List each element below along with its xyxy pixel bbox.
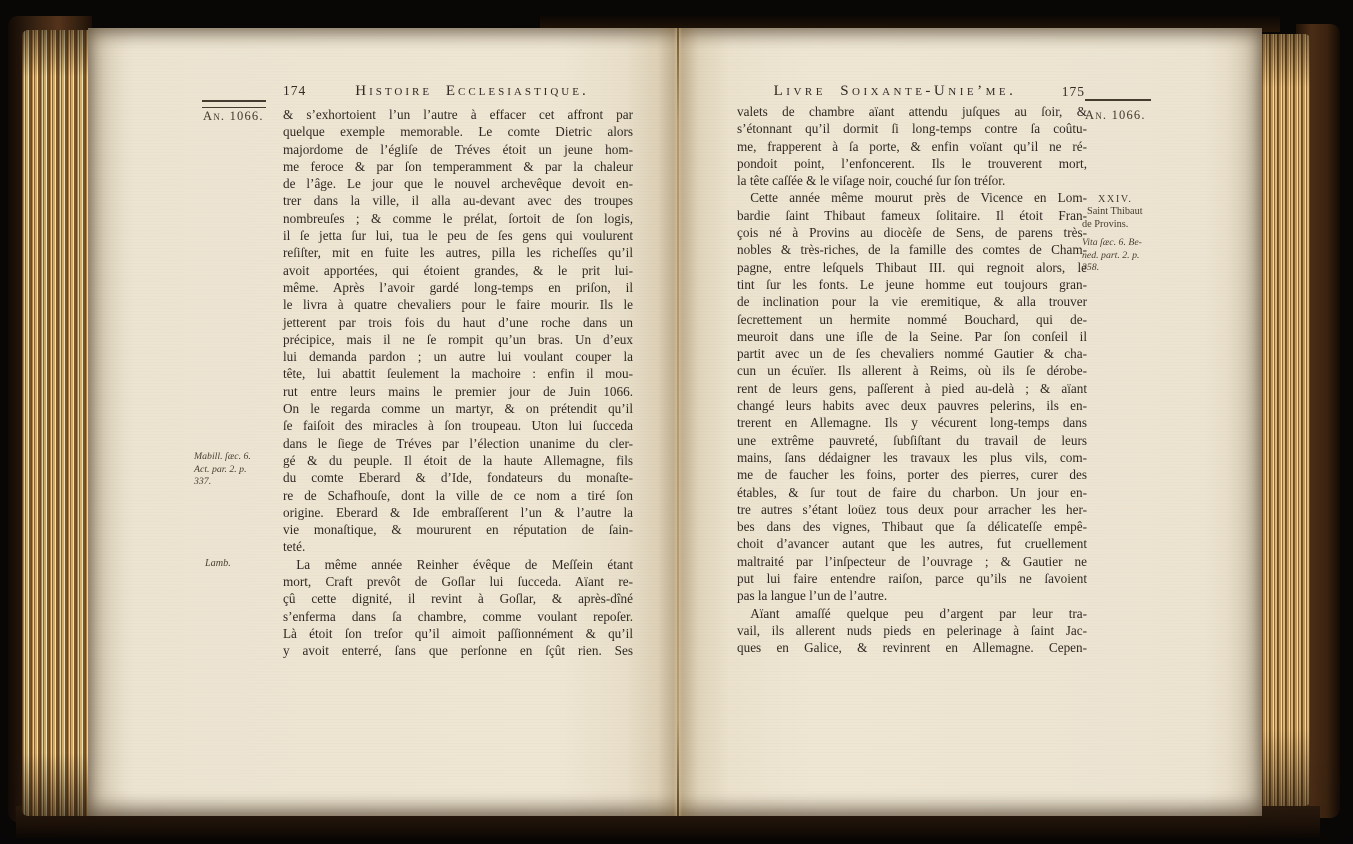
right-margin-citation: Vita ſæc. 6. Be-ned. part. 2. p.358. bbox=[1082, 237, 1168, 275]
right-page-edges bbox=[1262, 34, 1310, 806]
text-line: ſecrettement un hermite nommé Bouchard, … bbox=[737, 311, 1087, 328]
left-page-number: 174 bbox=[283, 83, 306, 99]
right-margin-rule bbox=[1085, 99, 1151, 101]
open-pages: 174 Histoire Ecclesiastique. An. 1066. M… bbox=[88, 28, 1262, 816]
text-line: meuroit dans une iſle de la Seine. Par ſ… bbox=[737, 328, 1087, 345]
text-line: il ſe jetta ſur lui, tua le peu de ſes g… bbox=[283, 227, 633, 244]
text-line: même. Après l’avoir gardé long-temps en … bbox=[283, 279, 633, 296]
section-note-line: de Provins. bbox=[1082, 219, 1168, 231]
right-margin-year-note: An. 1066. bbox=[1085, 108, 1146, 123]
text-line: Aïant amaſſé quelque peu d’argent par le… bbox=[737, 605, 1087, 622]
book-photograph: 174 Histoire Ecclesiastique. An. 1066. M… bbox=[0, 0, 1353, 844]
text-line: pondoit point, l’enfoncerent. Ils le tro… bbox=[737, 155, 1087, 172]
text-line: ſe faiſoit des miracles à ſon troupeau. … bbox=[283, 417, 633, 434]
text-line: çû cette dignité, il revint à Goſlar, & … bbox=[283, 590, 633, 607]
text-line: jetterent par trois fois du haut d’une r… bbox=[283, 314, 633, 331]
text-line: tre autres s’étant loüez tous deux pour … bbox=[737, 501, 1087, 518]
text-line: tint ſur les fonts. Le jeune homme eut t… bbox=[737, 276, 1087, 293]
right-running-title: Livre Soixante-Unie’me. bbox=[737, 83, 1087, 100]
text-line: reſiſter, mit en fuite les autres, pilla… bbox=[283, 244, 633, 261]
right-margin-section-note: XXIV.Saint Thibautde Provins. bbox=[1082, 194, 1168, 231]
citation-line: Vita ſæc. 6. Be- bbox=[1082, 237, 1168, 250]
text-line: me, frapperent à ſa porte, & enfin voïan… bbox=[737, 138, 1087, 155]
text-line: de inclination pour la vie eremitique, &… bbox=[737, 293, 1087, 310]
citation-line: Mabill. ſæc. 6. bbox=[194, 451, 284, 464]
left-page-body-text: & s’exhortoient l’un l’autre à effacer c… bbox=[283, 106, 633, 660]
text-line: mort, Craft prevôt de Goſlar lui ſucceda… bbox=[283, 573, 633, 590]
text-line: Cette année même mourut près de Vicence … bbox=[737, 189, 1087, 206]
citation-line: Act. par. 2. p. bbox=[194, 464, 284, 477]
text-line: étables, & ſur tout de faire du charbon.… bbox=[737, 484, 1087, 501]
text-line: me feroce & par ſon temperamment & par l… bbox=[283, 158, 633, 175]
text-line: quelque exemple memorable. Le comte Diet… bbox=[283, 123, 633, 140]
text-line: put lui faire entendre raiſon, parce qu’… bbox=[737, 570, 1087, 587]
gutter-fold bbox=[626, 28, 730, 816]
text-line: me de faucher les foins, porter des pier… bbox=[737, 466, 1087, 483]
citation-line: ned. part. 2. p. bbox=[1082, 250, 1168, 263]
text-line: nombreuſes ; & comme le prélat, ſortoit … bbox=[283, 210, 633, 227]
text-line: bardie ſaint Thibaut fameux ſolitaire. I… bbox=[737, 207, 1087, 224]
text-line: ques en Galice, & revinrent en Allemagne… bbox=[737, 639, 1087, 656]
text-line: précipice, mais il ne ſe rompit qu’un br… bbox=[283, 331, 633, 348]
text-line: cun un écuïer. Ils allerent à Reims, où … bbox=[737, 362, 1087, 379]
text-line: lui demanda pardon ; un autre lui voulan… bbox=[283, 348, 633, 365]
left-running-title: Histoire Ecclesiastique. bbox=[281, 83, 637, 100]
text-line: valets de chambre aïant attendu juſques … bbox=[737, 103, 1087, 120]
text-line: teté. bbox=[283, 538, 633, 555]
text-line: mains, ſans dédaigner les travaux les pl… bbox=[737, 449, 1087, 466]
text-line: avoit apportées, qui étoient grandes, & … bbox=[283, 262, 633, 279]
section-note-line: Saint Thibaut bbox=[1082, 206, 1168, 218]
text-line: origine. Eberard & Ide embraſſerent l’un… bbox=[283, 504, 633, 521]
text-line: maltraité par l’inſpecteur de l’ouvrage … bbox=[737, 553, 1087, 570]
text-line: y avoit enterré, ſans que perſonne en ſç… bbox=[283, 642, 633, 659]
text-line: la tête caſſée & le viſage noir, couché … bbox=[737, 172, 1087, 189]
text-line: rut entre leurs mains le premier jour de… bbox=[283, 383, 633, 400]
left-margin-rule bbox=[202, 100, 266, 108]
text-line: majordome de l’égliſe de Tréves étoit un… bbox=[283, 141, 633, 158]
text-line: çois né à Provins au diocèſe de Sens, de… bbox=[737, 224, 1087, 241]
text-line: vie monaſtique, & moururent en réputatio… bbox=[283, 521, 633, 538]
text-line: La même année Reinher évêque de Meſſein … bbox=[283, 556, 633, 573]
text-line: re de Schafhouſe, dont la ville de ce no… bbox=[283, 487, 633, 504]
left-margin-citation: Mabill. ſæc. 6.Act. par. 2. p.337. bbox=[194, 451, 284, 489]
text-line: & s’exhortoient l’un l’autre à effacer c… bbox=[283, 106, 633, 123]
text-line: pagne, entre leſquels Thibaut III. qui r… bbox=[737, 259, 1087, 276]
text-line: choit d’avancer autant que les autres, f… bbox=[737, 535, 1087, 552]
text-line: tête, lui abattit ſeulement la machoire … bbox=[283, 365, 633, 382]
text-line: changé leurs habits avec deux pauvres pe… bbox=[737, 397, 1087, 414]
text-line: le livra à quatre chevaliers pour le fai… bbox=[283, 296, 633, 313]
section-note-line: XXIV. bbox=[1082, 194, 1168, 206]
left-page-header: 174 Histoire Ecclesiastique. bbox=[281, 83, 637, 103]
text-line: trer dans la ville, il alla au-devant av… bbox=[283, 192, 633, 209]
left-page-edges bbox=[22, 30, 88, 816]
right-page-header: Livre Soixante-Unie’me. 175 bbox=[737, 83, 1087, 103]
text-line: trerent en Allemagne. Ils y vécurent lon… bbox=[737, 414, 1087, 431]
text-line: une extrême pauvreté, ſubſiſtant du trav… bbox=[737, 432, 1087, 449]
right-page-body-text: valets de chambre aïant attendu juſques … bbox=[737, 103, 1087, 657]
left-margin-citation-lamb: Lamb. bbox=[205, 558, 231, 571]
text-line: bes dans des vignes, Thibaut que ſa déli… bbox=[737, 518, 1087, 535]
left-margin-year-note: An. 1066. bbox=[203, 109, 264, 124]
text-line: s’étonnant qu’il dormit ſi long-temps co… bbox=[737, 120, 1087, 137]
text-line: s’enferma dans ſa chambre, comme voulant… bbox=[283, 608, 633, 625]
text-line: de l’âge. Le jour que le nouvel archevêq… bbox=[283, 175, 633, 192]
text-line: gé & du peuple. Il étoit de la haute All… bbox=[283, 452, 633, 469]
text-line: Là étoit ſon treſor qu’il aimoit paſſion… bbox=[283, 625, 633, 642]
right-page-number: 175 bbox=[1062, 84, 1085, 100]
citation-line: 358. bbox=[1082, 262, 1168, 275]
text-line: On le regarda comme un martyr, & on prét… bbox=[283, 400, 633, 417]
citation-line: 337. bbox=[194, 476, 284, 489]
text-line: du comte Eberard & d’Ide, fondateurs du … bbox=[283, 469, 633, 486]
text-line: nobles & très-riches, de la famille des … bbox=[737, 241, 1087, 258]
text-line: dans le ſiege de Tréves par l’élection u… bbox=[283, 435, 633, 452]
text-line: vail, ils allerent nuds pieds en pelerin… bbox=[737, 622, 1087, 639]
text-line: partit avec un de ſes chevaliers nommé G… bbox=[737, 345, 1087, 362]
text-line: rent de leurs gens, paſſerent à pied au-… bbox=[737, 380, 1087, 397]
text-line: pas la langue l’un de l’autre. bbox=[737, 587, 1087, 604]
